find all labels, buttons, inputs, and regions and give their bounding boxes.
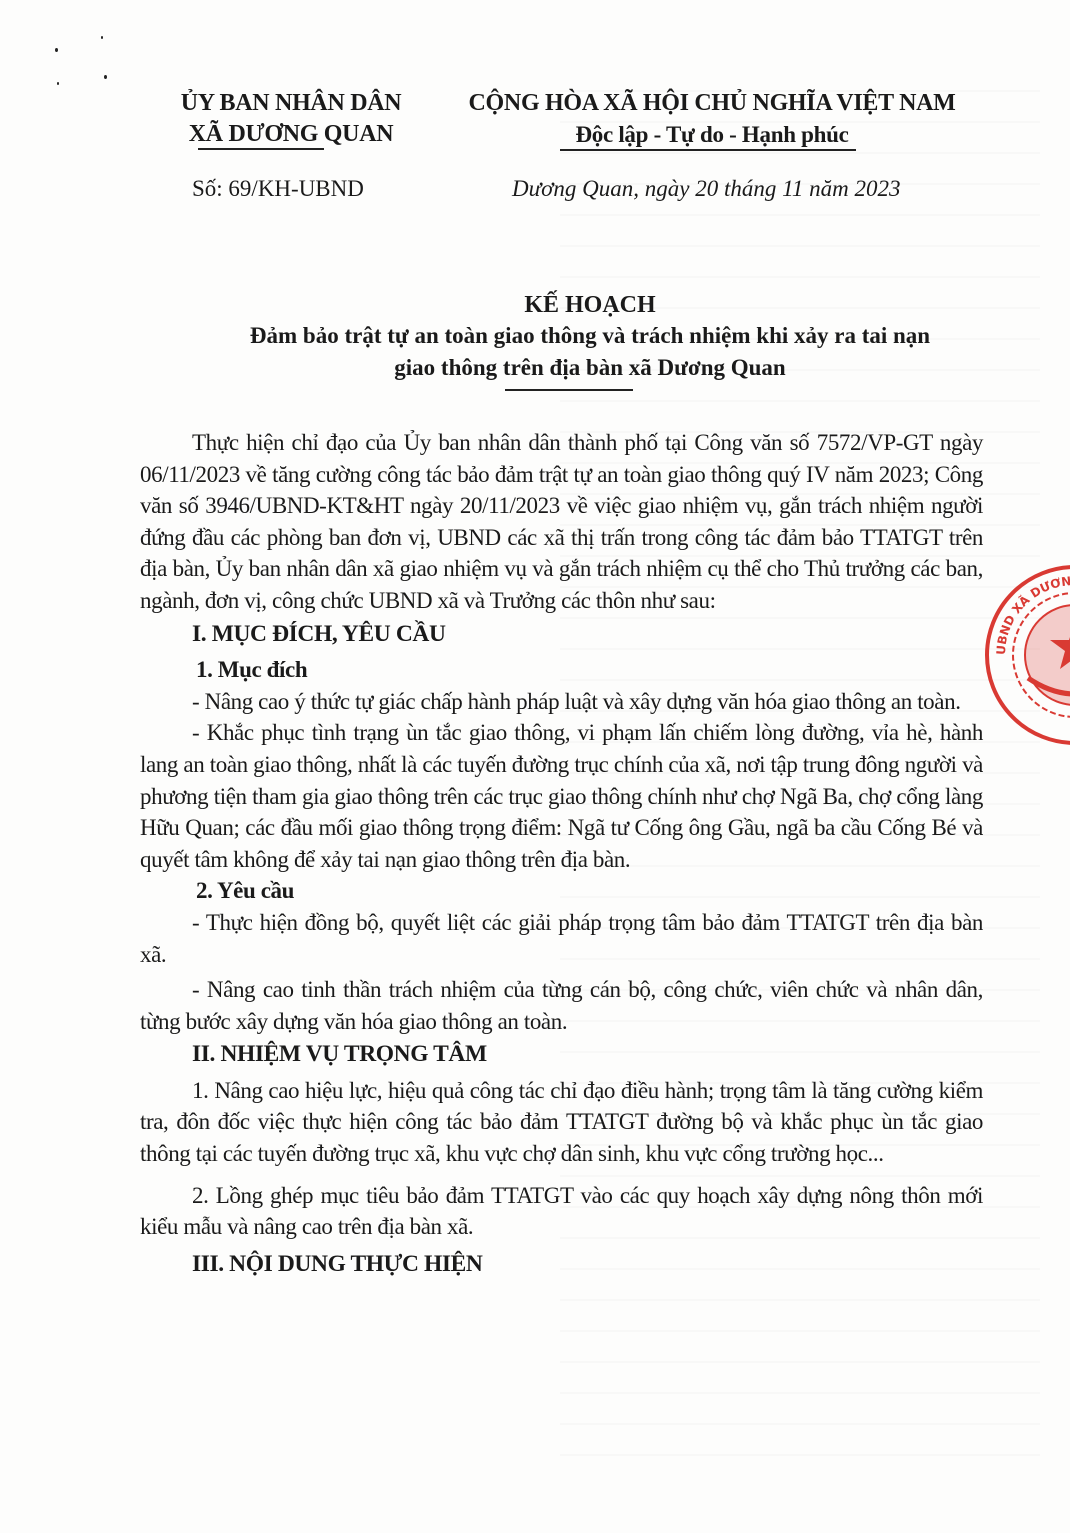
document-page: ỦY BAN NHÂN DÂN XÃ DƯƠNG QUAN CỘNG HÒA X… (0, 0, 1070, 1533)
scan-speck (101, 36, 103, 39)
subsection-heading-requirements: 2. Yêu cầu (140, 875, 983, 907)
country-name: CỘNG HÒA XÃ HỘI CHỦ NGHĨA VIỆT NAM (442, 88, 982, 119)
requirement-item-1: - Thực hiện đồng bộ, quyết liệt các giải… (140, 907, 983, 970)
scan-speck (55, 48, 58, 52)
requirement-item-2: - Nâng cao tinh thần trách nhiệm của từn… (140, 974, 983, 1037)
motto-underline (560, 149, 856, 151)
purpose-item-1: - Nâng cao ý thức tự giác chấp hành pháp… (140, 686, 983, 718)
scan-speck (57, 82, 59, 85)
document-subtitle-line1: Đảm bảo trật tự an toàn giao thông và tr… (150, 320, 1030, 352)
document-title-block: KẾ HOẠCH Đảm bảo trật tự an toàn giao th… (150, 290, 1030, 384)
authority-line2: XÃ DƯƠNG QUAN (168, 119, 414, 150)
intro-paragraph: Thực hiện chỉ đạo của Ủy ban nhân dân th… (140, 427, 983, 617)
key-task-2: 2. Lồng ghép mục tiêu bảo đảm TTATGT vào… (140, 1180, 983, 1243)
motto-line: Độc lập - Tự do - Hạnh phúc (442, 119, 982, 150)
authority-line1: ỦY BAN NHÂN DÂN (168, 88, 414, 119)
subsection-heading-purpose: 1. Mục đích (140, 654, 983, 686)
issuing-authority: ỦY BAN NHÂN DÂN XÃ DƯƠNG QUAN (168, 88, 414, 150)
purpose-item-2: - Khắc phục tình trạng ùn tắc giao thông… (140, 717, 983, 875)
section-heading-key-tasks: II. NHIỆM VỤ TRỌNG TÂM (140, 1039, 983, 1071)
official-seal-stamp: UBND XÃ DƯƠNG QUAN · H. THỦY NGUYÊN (980, 560, 1070, 750)
scan-speck (104, 75, 107, 79)
national-motto: CỘNG HÒA XÃ HỘI CHỦ NGHĨA VIỆT NAM Độc l… (442, 88, 982, 150)
section-heading-purpose: I. MỤC ĐÍCH, YÊU CẦU (140, 619, 983, 651)
document-number: Số: 69/KH-UBND (192, 176, 364, 202)
document-subtitle-line2: giao thông trên địa bàn xã Dương Quan (150, 352, 1030, 384)
document-body: Thực hiện chỉ đạo của Ủy ban nhân dân th… (140, 427, 983, 1284)
key-task-1: 1. Nâng cao hiệu lực, hiệu quả công tác … (140, 1075, 983, 1170)
authority-underline (198, 148, 324, 150)
title-underline (505, 389, 633, 391)
document-title: KẾ HOẠCH (150, 290, 1030, 320)
section-heading-implementation: III. NỘI DUNG THỰC HIỆN (140, 1249, 983, 1281)
place-and-date: Dương Quan, ngày 20 tháng 11 năm 2023 (512, 176, 901, 202)
